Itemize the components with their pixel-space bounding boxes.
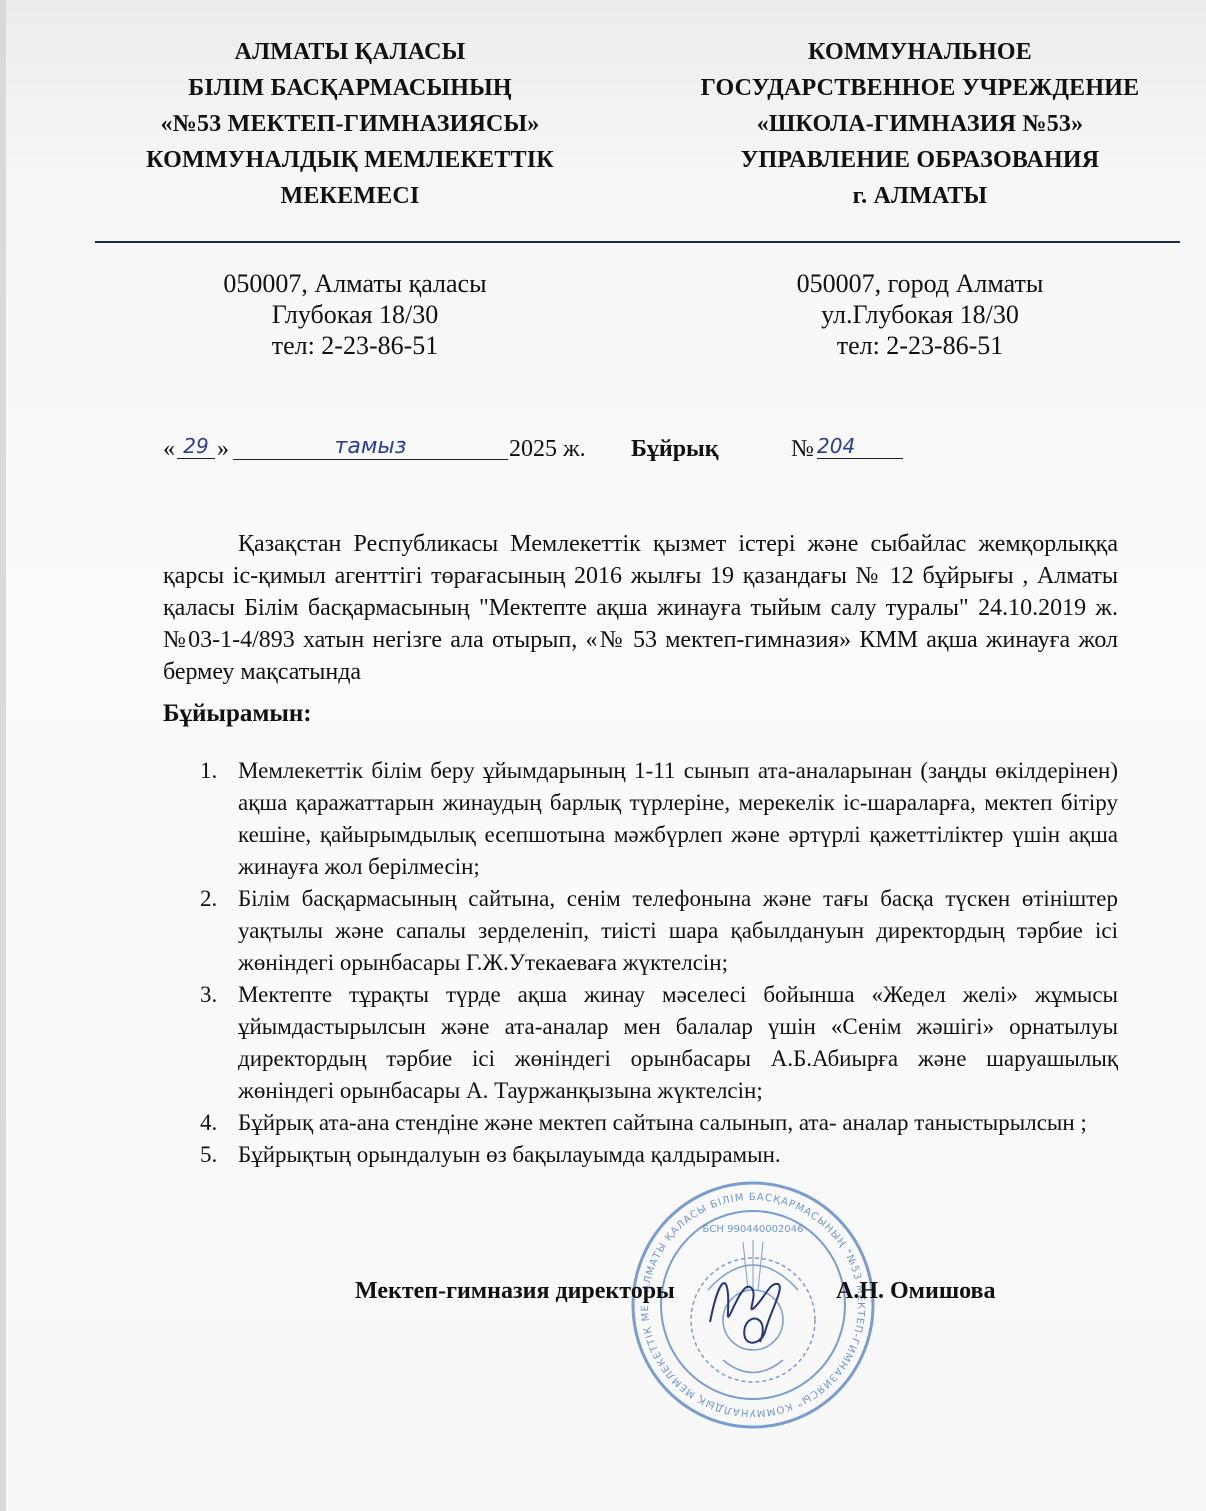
order-month: тамыз bbox=[233, 434, 508, 460]
order-day: 29 bbox=[177, 434, 215, 459]
header-line: КОММУНАЛДЫҚ МЕМЛЕКЕТТІК bbox=[100, 142, 600, 178]
header-line: БІЛІМ БАСҚАРМАСЫНЫҢ bbox=[100, 70, 600, 106]
header-line: МЕКЕМЕСІ bbox=[100, 178, 600, 214]
document-page: АЛМАТЫ ҚАЛАСЫ БІЛІМ БАСҚАРМАСЫНЫҢ «№53 М… bbox=[0, 0, 1206, 1511]
item-number: 2. bbox=[200, 883, 217, 915]
header-line: КОММУНАЛЬНОЕ bbox=[660, 34, 1180, 70]
header-kazakh: АЛМАТЫ ҚАЛАСЫ БІЛІМ БАСҚАРМАСЫНЫҢ «№53 М… bbox=[100, 34, 600, 214]
header-line: УПРАВЛЕНИЕ ОБРАЗОВАНИЯ bbox=[660, 142, 1180, 178]
header-line: «№53 МЕКТЕП-ГИМНАЗИЯСЫ» bbox=[100, 106, 600, 142]
address-kazakh: 050007, Алматы қаласы Глубокая 18/30 тел… bbox=[160, 268, 550, 361]
list-item: 2.Білім басқармасының сайтына, сенім тел… bbox=[200, 883, 1118, 979]
open-quote: « bbox=[163, 436, 175, 463]
header-divider bbox=[95, 241, 1180, 243]
item-text: Мемлекеттік білім беру ұйымдарының 1-11 … bbox=[238, 758, 1118, 879]
header-line: «ШКОЛА-ГИМНАЗИЯ №53» bbox=[660, 106, 1180, 142]
signature-icon bbox=[700, 1262, 800, 1352]
address-line: 050007, Алматы қаласы bbox=[160, 268, 550, 299]
address-line: 050007, город Алматы bbox=[735, 268, 1105, 299]
item-text: Мектепте тұрақты түрде ақша жинау мәселе… bbox=[238, 982, 1118, 1103]
list-item: 1.Мемлекеттік білім беру ұйымдарының 1-1… bbox=[200, 755, 1118, 883]
list-item: 5.Бұйрықтың орындалуын өз бақылауымда қа… bbox=[200, 1139, 1118, 1171]
preamble-paragraph: Қазақстан Республикасы Мемлекеттік қызме… bbox=[163, 528, 1118, 688]
item-text: Білім басқармасының сайтына, сенім телеф… bbox=[238, 886, 1118, 975]
list-item: 3.Мектепте тұрақты түрде ақша жинау мәсе… bbox=[200, 979, 1118, 1107]
item-text: Бұйрықтың орындалуын өз бақылауымда қалд… bbox=[238, 1142, 781, 1167]
section-heading: Бұйырамын: bbox=[163, 700, 312, 728]
header-russian: КОММУНАЛЬНОЕ ГОСУДАРСТВЕННОЕ УЧРЕЖДЕНИЕ … bbox=[660, 34, 1180, 214]
header-line: ГОСУДАРСТВЕННОЕ УЧРЕЖДЕНИЕ bbox=[660, 70, 1180, 106]
order-date-line: « 29 » тамыз 2025 ж. Бұйрық № 204 bbox=[163, 432, 923, 468]
page-edge bbox=[0, 0, 6, 1511]
address-line: тел: 2-23-86-51 bbox=[160, 330, 550, 361]
signature-name: А.Н. Омишова bbox=[836, 1278, 995, 1305]
header-line: АЛМАТЫ ҚАЛАСЫ bbox=[100, 34, 600, 70]
order-number-prefix: № bbox=[791, 436, 814, 463]
item-number: 4. bbox=[200, 1107, 217, 1139]
item-number: 5. bbox=[200, 1139, 217, 1171]
item-text: Бұйрық ата-ана стендіне және мектеп сайт… bbox=[238, 1110, 1087, 1135]
address-line: тел: 2-23-86-51 bbox=[735, 330, 1105, 361]
item-number: 1. bbox=[200, 755, 217, 787]
item-number: 3. bbox=[200, 979, 217, 1011]
order-number: 204 bbox=[817, 434, 903, 459]
header-line: г. АЛМАТЫ bbox=[660, 178, 1180, 214]
order-title: Бұйрық bbox=[631, 436, 719, 463]
stamp-bin: БСН 990440002046 bbox=[703, 1224, 804, 1235]
list-item: 4.Бұйрық ата-ана стендіне және мектеп са… bbox=[200, 1107, 1118, 1139]
order-items: 1.Мемлекеттік білім беру ұйымдарының 1-1… bbox=[200, 755, 1118, 1171]
address-line: Глубокая 18/30 bbox=[160, 299, 550, 330]
close-quote: » bbox=[217, 436, 229, 463]
signature-position: Мектеп-гимназия директоры bbox=[355, 1278, 675, 1305]
address-line: ул.Глубокая 18/30 bbox=[735, 299, 1105, 330]
order-year: 2025 ж. bbox=[509, 436, 586, 463]
address-russian: 050007, город Алматы ул.Глубокая 18/30 т… bbox=[735, 268, 1105, 361]
